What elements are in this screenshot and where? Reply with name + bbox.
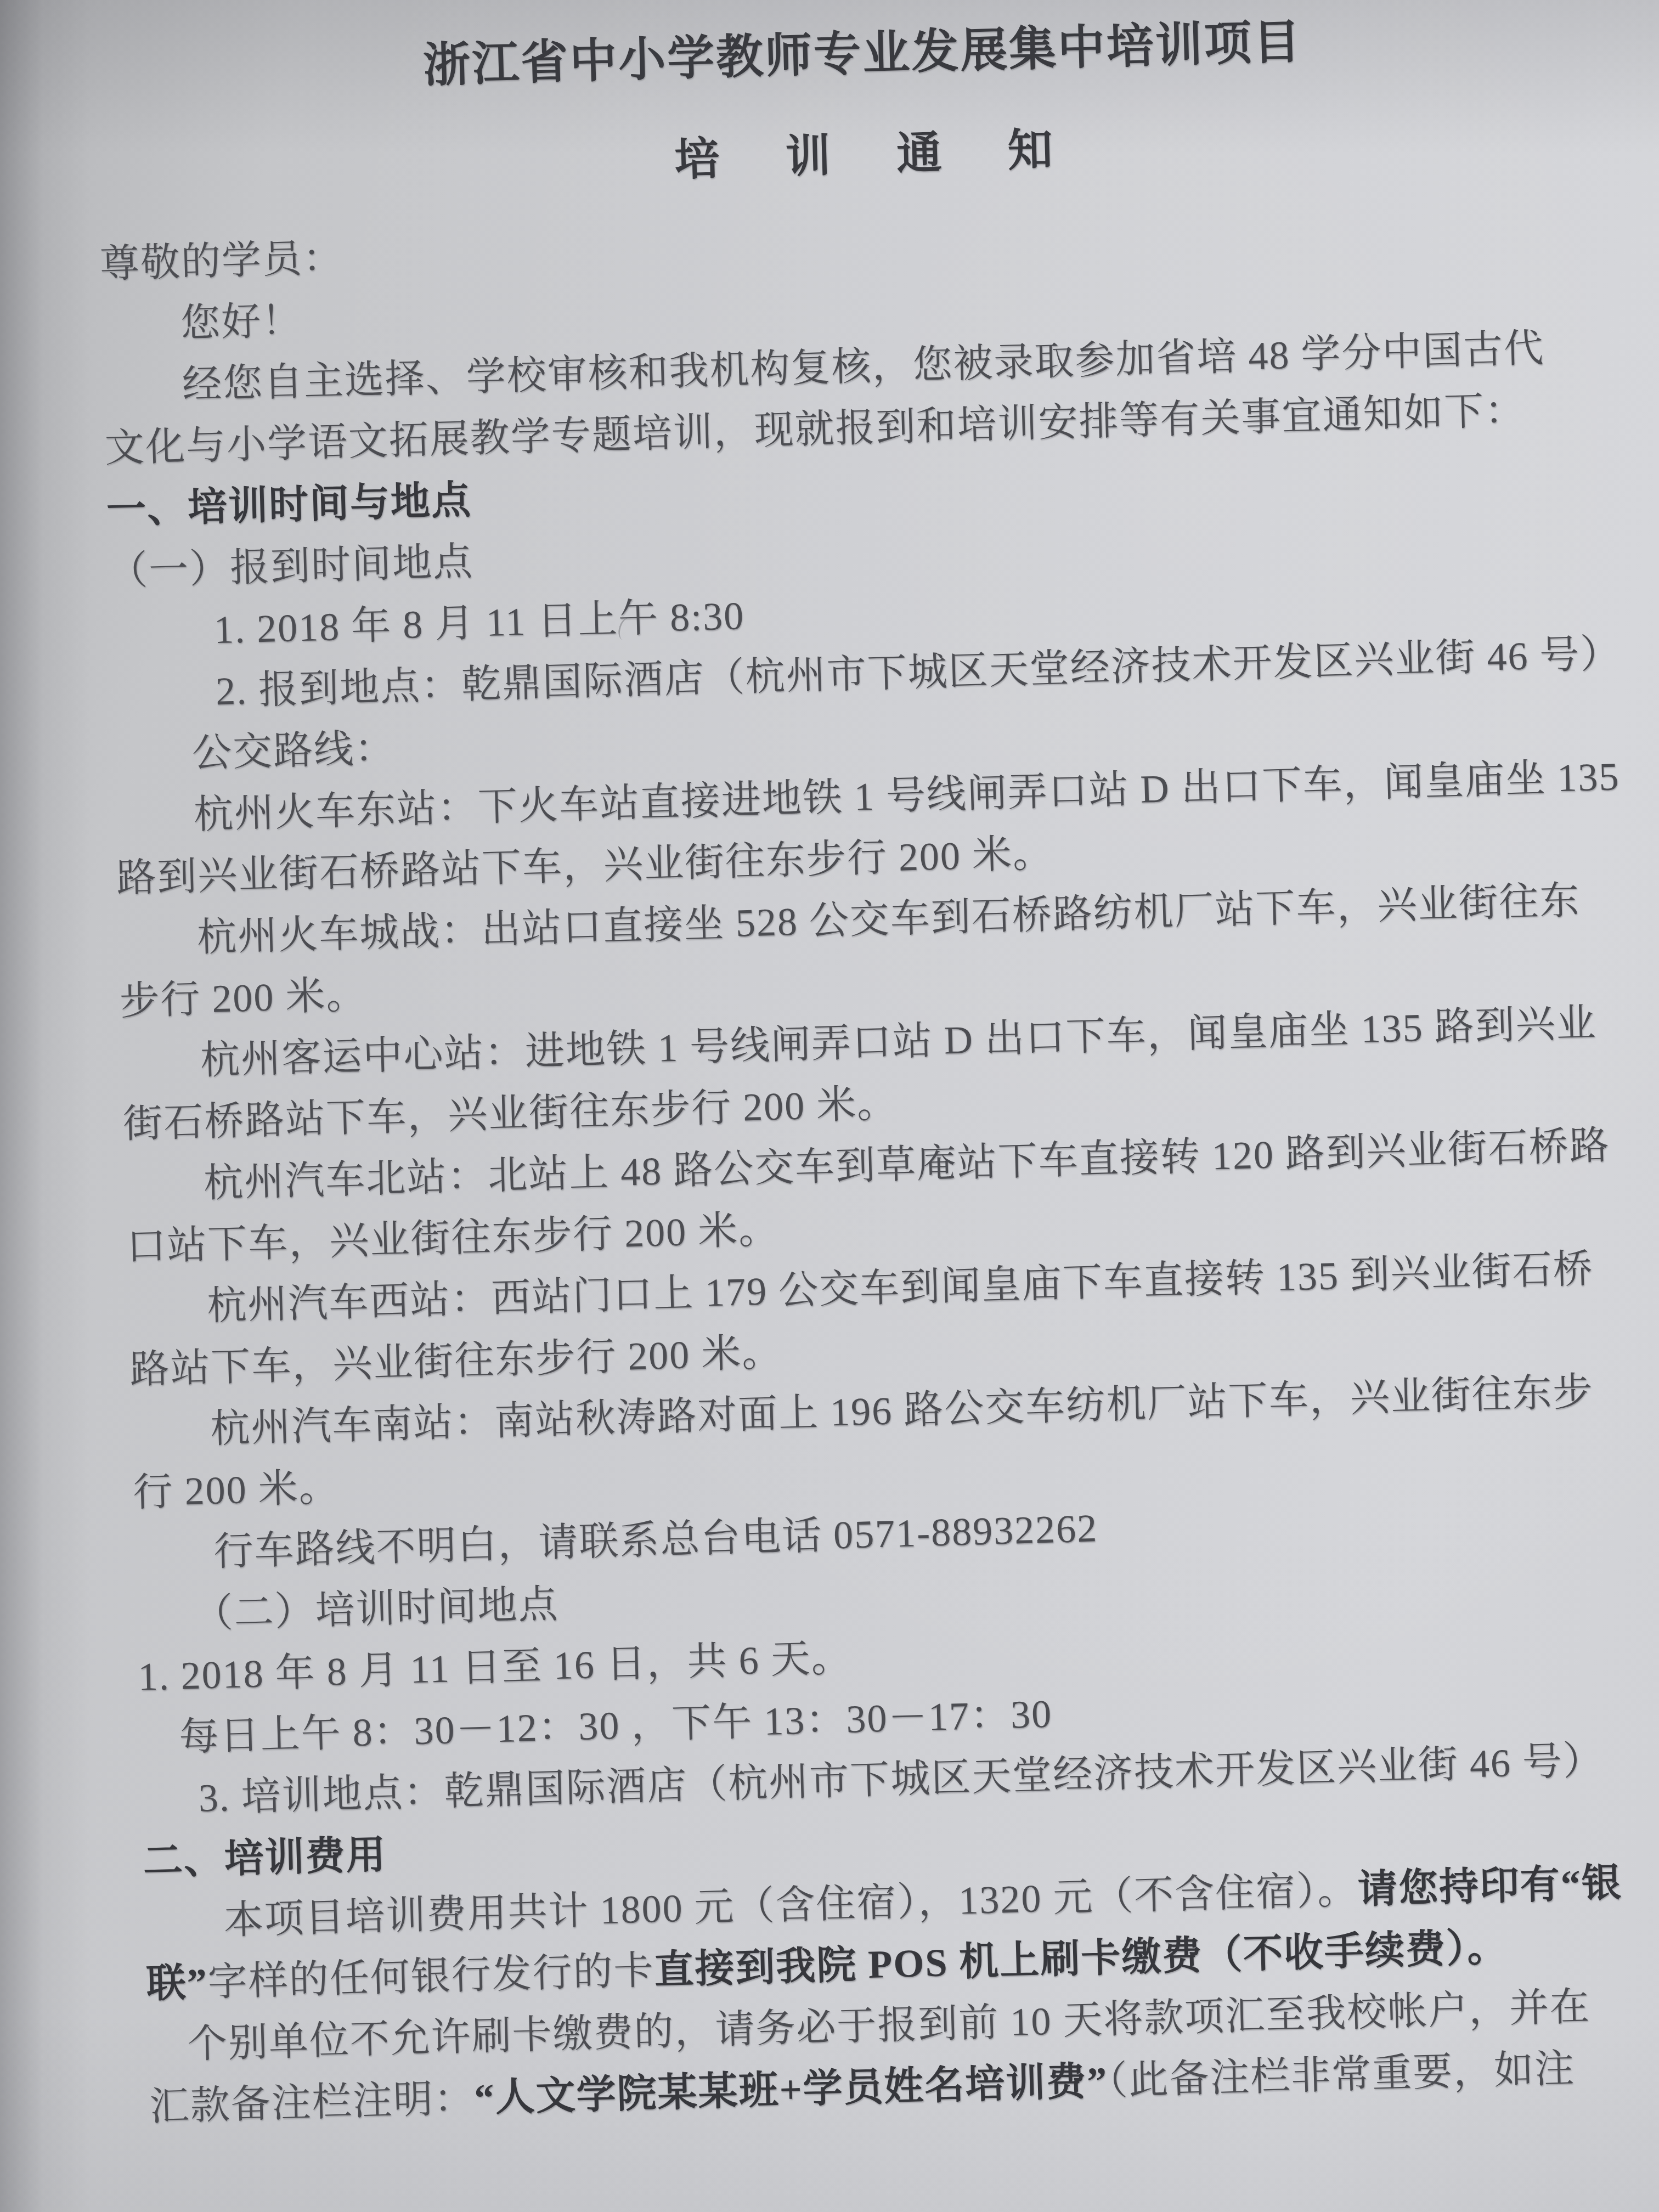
document-photo: 浙江省中小学教师专业发展集中培训项目 培 训 通 知 尊敬的学员： 您好！ 经您… — [0, 0, 1659, 2212]
document-page: 浙江省中小学教师专业发展集中培训项目 培 训 通 知 尊敬的学员： 您好！ 经您… — [94, 0, 1659, 2137]
transfer-line-2-regular-a: 汇款备注栏注明： — [149, 2076, 475, 2129]
transfer-line-2-bold: “人文学院某某班+学员姓名培训费” — [474, 2059, 1109, 2120]
document-title: 浙江省中小学教师专业发展集中培训项目 — [94, 0, 1632, 113]
transfer-line-2-regular-b: （此备注栏非常重要，如注 — [1107, 2046, 1576, 2103]
document-subtitle: 培 训 通 知 — [97, 99, 1634, 212]
document-body: 尊敬的学员： 您好！ 经您自主选择、学校审核和我机构复核，您被录取参加省培 48… — [99, 192, 1659, 2137]
fee-line-1-bold: 请您持印有“银 — [1357, 1861, 1623, 1912]
fee-line-2-bold-a: 联” — [146, 1961, 208, 2006]
fee-line-2-regular: 字样的任何银行发行的卡 — [207, 1949, 655, 2005]
